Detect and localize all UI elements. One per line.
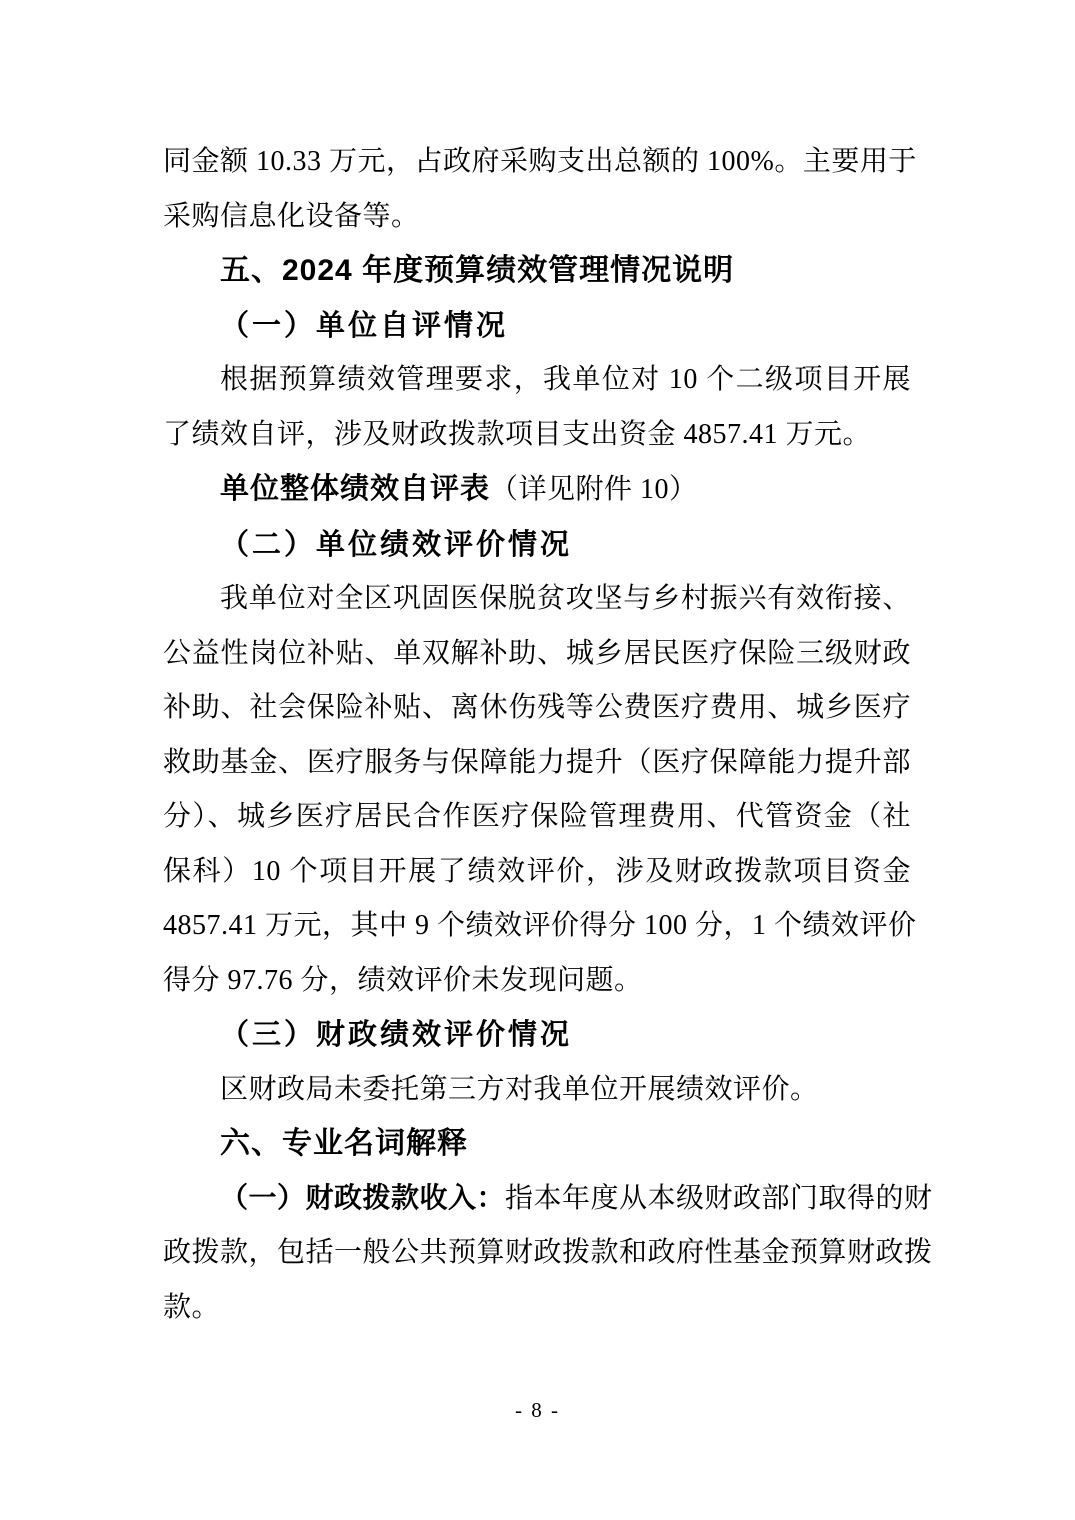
para-unit-eval-line-6: 保科）10 个项目开展了绩效评价，涉及财政拨款项目资金 [163,845,911,900]
term-title-fiscal-appropriation-income: （一）财政拨款收入： [220,1183,505,1214]
para-unit-eval-line-3: 补助、社会保险补贴、离休伤残等公费医疗费用、城乡医疗 [163,681,911,736]
para-unit-eval-line-2: 公益性岗位补贴、单双解补助、城乡居民医疗保险三级财政 [163,627,911,682]
para-unit-eval-line-4: 救助基金、医疗服务与保障能力提升（医疗保障能力提升部 [163,736,911,791]
subheading-fiscal-performance-eval: （三）财政绩效评价情况 [163,1008,911,1063]
para-unit-eval-line-7: 4857.41 万元，其中 9 个绩效评价得分 100 分，1 个绩效评价 [163,899,911,954]
table-reference-note: （详见附件 10） [490,474,698,505]
para-procurement-line-1: 同金额 10.33 万元，占政府采购支出总额的 100%。主要用于 [163,135,911,190]
para-term-line-2: 政拨款，包括一般公共预算财政拨款和政府性基金预算财政拨 [163,1226,911,1281]
para-procurement-line-2: 采购信息化设备等。 [163,190,911,245]
para-unit-eval-line-8: 得分 97.76 分，绩效评价未发现问题。 [163,954,911,1009]
document-page: 同金额 10.33 万元，占政府采购支出总额的 100%。主要用于 采购信息化设… [0,0,1075,1520]
table-reference-title: 单位整体绩效自评表 [220,473,490,505]
page-number: - 8 - [0,1398,1075,1423]
term-definition-start: 指本年度从本级财政部门取得的财 [505,1183,933,1214]
heading-section-5: 五、2024 年度预算绩效管理情况说明 [163,244,911,299]
heading-section-6: 六、专业名词解释 [163,1117,911,1172]
para-unit-eval-line-1: 我单位对全区巩固医保脱贫攻坚与乡村振兴有效衔接、 [163,572,911,627]
para-unit-eval-line-5: 分）、城乡医疗居民合作医疗保险管理费用、代管资金（社 [163,790,911,845]
table-reference-line: 单位整体绩效自评表（详见附件 10） [163,462,911,518]
subheading-unit-performance-eval: （二）单位绩效评价情况 [163,518,911,573]
subheading-unit-self-eval: （一）单位自评情况 [163,299,911,354]
para-self-eval-line-1: 根据预算绩效管理要求，我单位对 10 个二级项目开展 [163,353,911,408]
document-body: 同金额 10.33 万元，占政府采购支出总额的 100%。主要用于 采购信息化设… [163,135,911,1335]
para-self-eval-line-2: 了绩效自评，涉及财政拨款项目支出资金 4857.41 万元。 [163,408,911,463]
para-fiscal-eval-line-1: 区财政局未委托第三方对我单位开展绩效评价。 [163,1063,911,1118]
para-term-line-1: （一）财政拨款收入：指本年度从本级财政部门取得的财 [163,1172,911,1227]
para-term-line-3: 款。 [163,1281,911,1336]
